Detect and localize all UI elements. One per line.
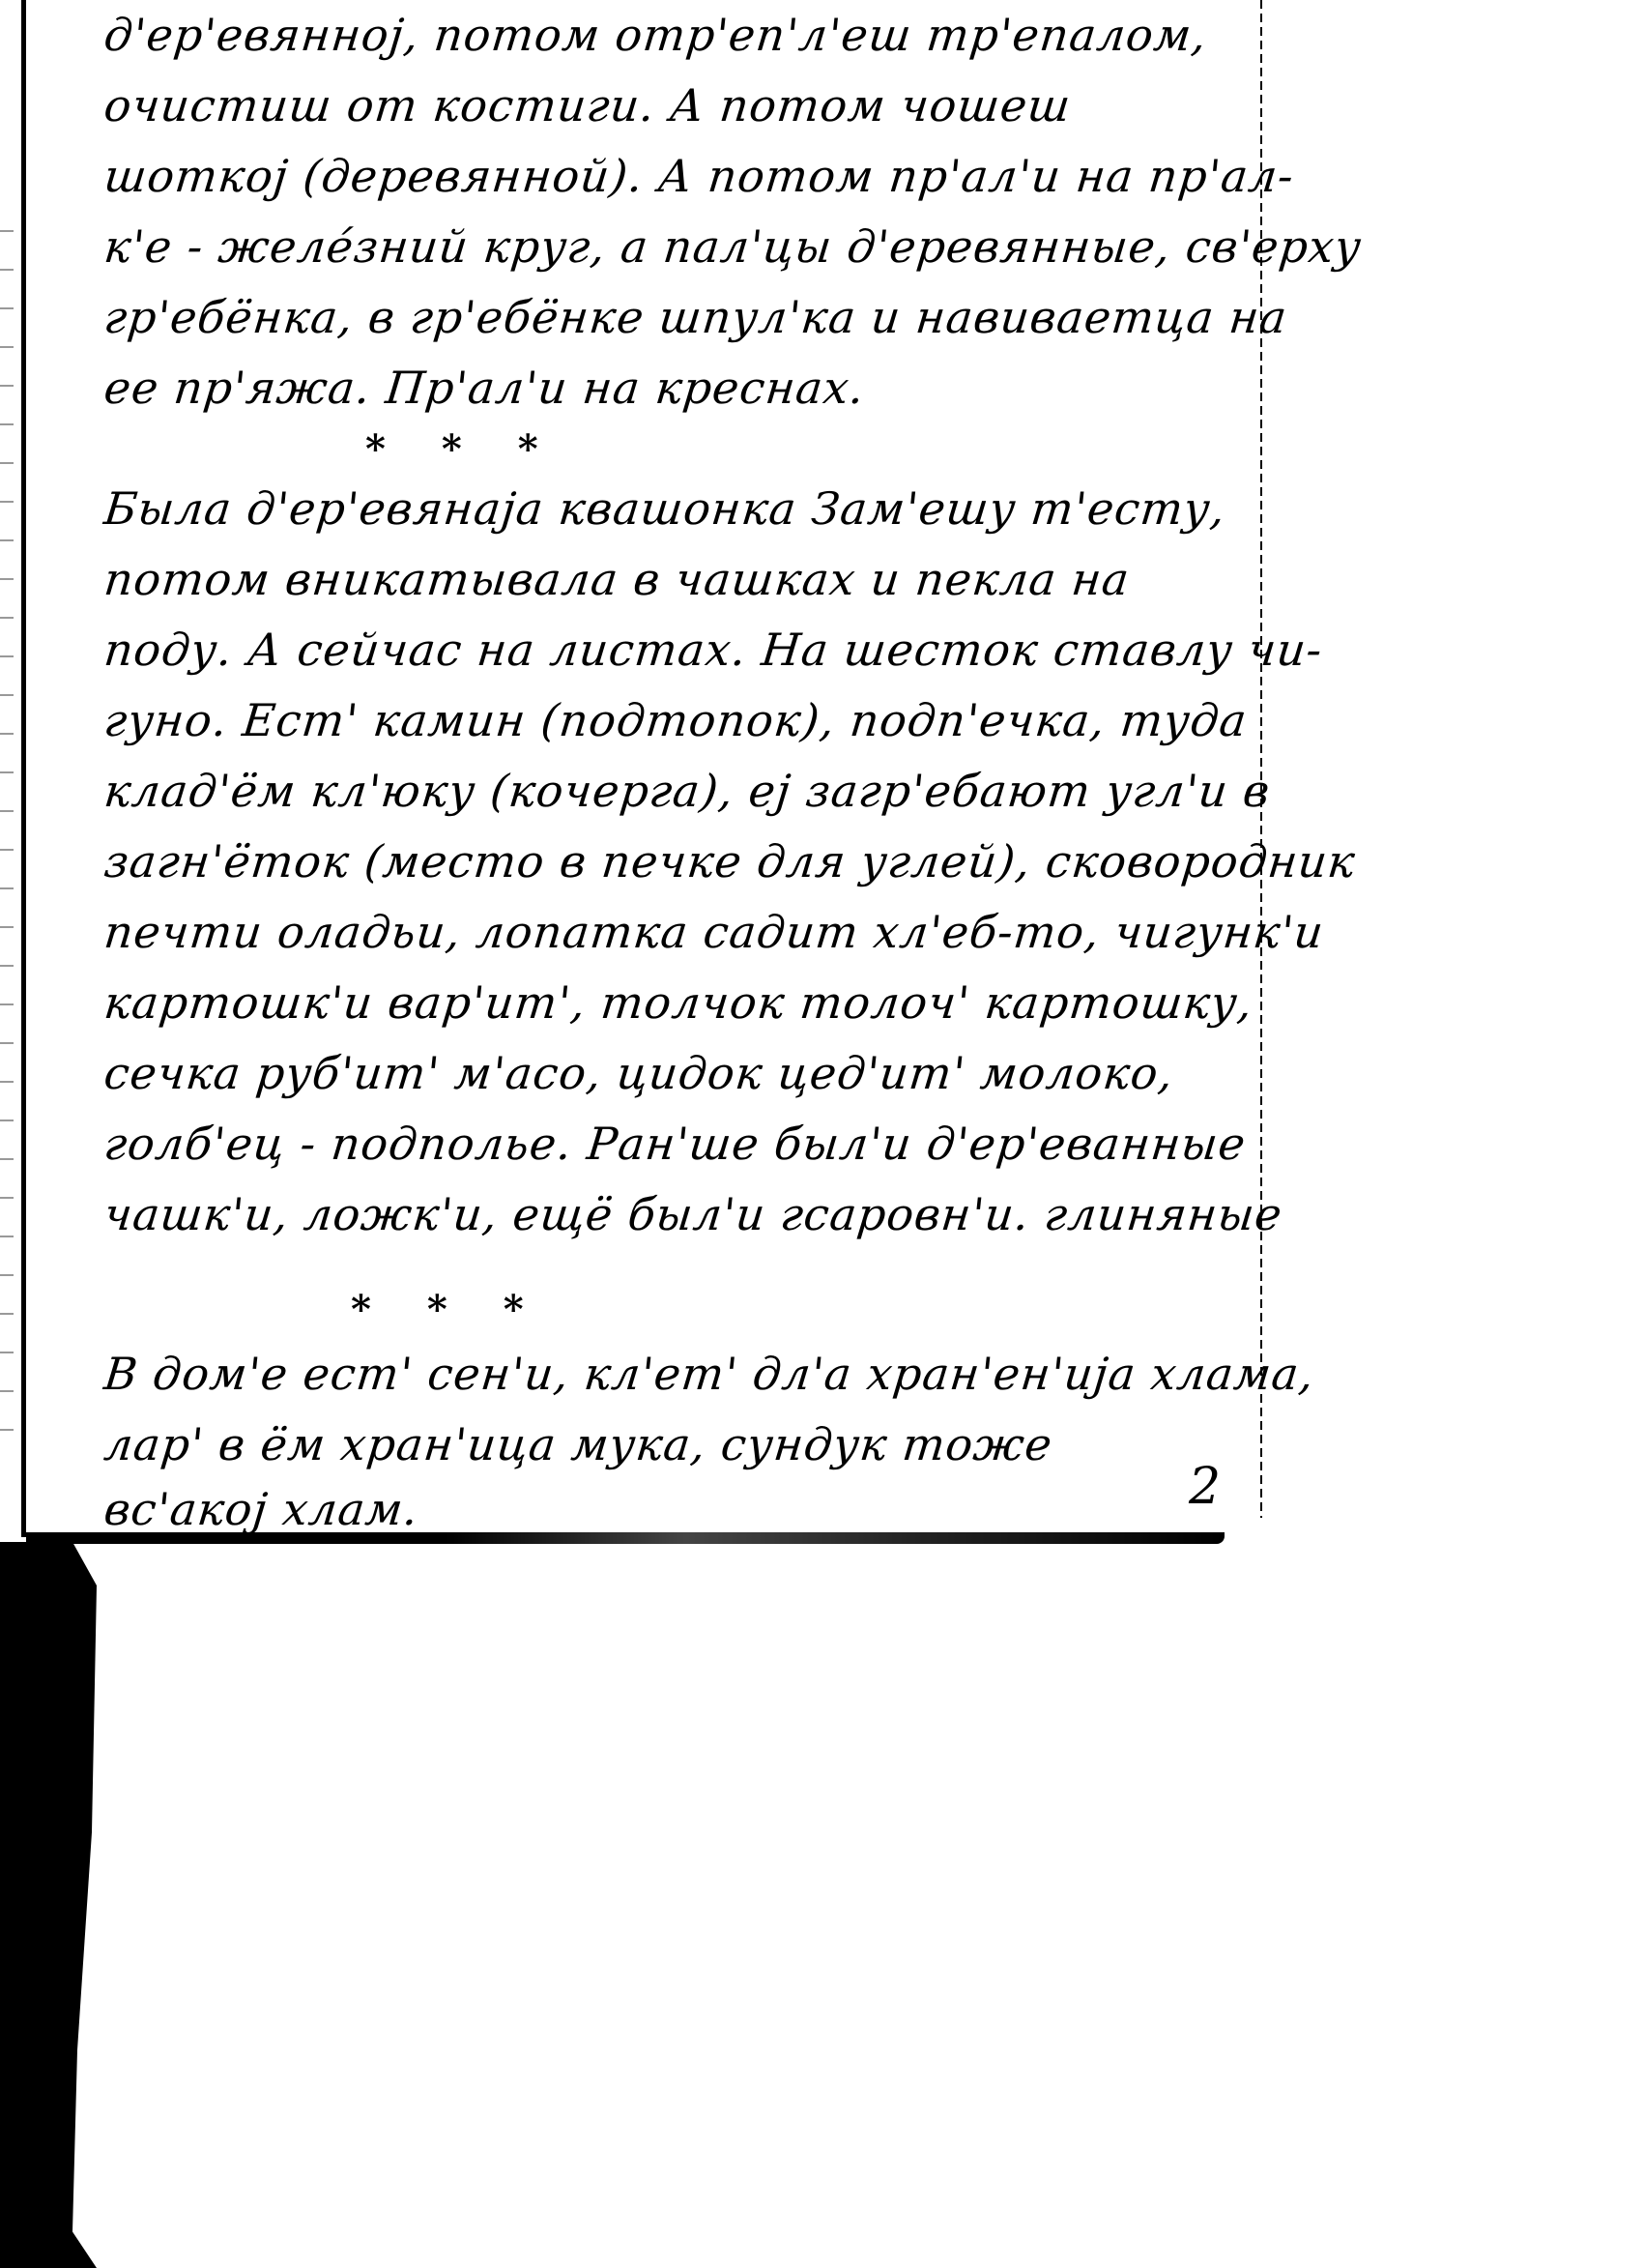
text-line: д'ер'евянној, потом отр'еп'л'еш тр'епало… xyxy=(101,0,1258,71)
paragraph-2: Была д'ер'евянаја квашонка Зам'ешу т'ест… xyxy=(104,474,1254,1250)
text-line: шоткој (деревянной). А потом пр'ал'и на … xyxy=(101,141,1258,212)
text-line: очистиш от костиги. А потом чошеш xyxy=(101,71,1258,141)
text-line: вс'акој хлам. xyxy=(101,1480,1257,1538)
text-line: гуно. Ест' камин (подтопок), подп'ечка, … xyxy=(101,685,1258,756)
text-line: картошк'и вар'ит', толчок толоч' картошк… xyxy=(101,968,1258,1038)
section-separator: * * * xyxy=(351,1286,545,1334)
text-line: Была д'ер'евянаја квашонка Зам'ешу т'ест… xyxy=(101,474,1258,544)
paragraph-1: д'ер'евянној, потом отр'еп'л'еш тр'епало… xyxy=(104,0,1254,423)
text-line: потом вникатывала в чашках и пекла на xyxy=(101,544,1258,615)
scanner-shadow xyxy=(0,1542,97,2268)
text-line: сечка руб'ит' м'асо, цидок цед'ит' молок… xyxy=(101,1038,1258,1109)
text-line: лар' в ём хран'ица мука, сундук тоже xyxy=(101,1410,1258,1480)
text-line: загн'ёток (место в печке для углей), ско… xyxy=(101,827,1258,897)
text-line: чашк'и, ложк'и, ещё был'и гсаровн'и. гли… xyxy=(101,1179,1258,1250)
text-line: голб'ец - подполье. Ран'ше был'и д'ер'ев… xyxy=(101,1109,1258,1179)
paragraph-3: В дом'е ест' сен'и, кл'ет' дл'а хран'ен'… xyxy=(104,1339,1254,1538)
section-separator: * * * xyxy=(365,425,560,474)
scan-margin-artifacts xyxy=(0,193,14,1450)
page-left-edge xyxy=(21,0,26,1537)
text-line: поду. А сейчас на листах. На шесток став… xyxy=(101,615,1258,685)
text-line: к'е - желе́зний круг, а пал'цы д'еревянн… xyxy=(101,212,1258,282)
page-number: 2 xyxy=(1189,1458,1221,1516)
text-line: В дом'е ест' сен'и, кл'ет' дл'а хран'ен'… xyxy=(101,1339,1258,1410)
text-line: клад'ём кл'юку (кочерга), ej загр'ебают … xyxy=(101,756,1258,827)
text-line: ее пр'яжа. Пр'ал'и на креснах. xyxy=(101,353,1258,423)
text-line: гр'ебёнка, в гр'ебёнке шпул'ка и навивае… xyxy=(101,282,1258,353)
text-line: печти оладьи, лопатка садит хл'еб-то, чи… xyxy=(101,897,1258,968)
